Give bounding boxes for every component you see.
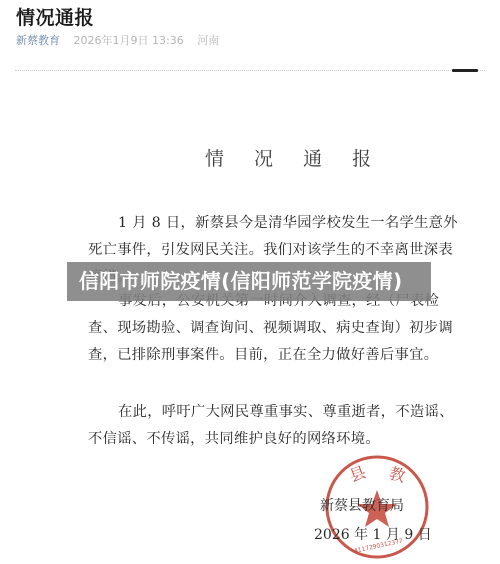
paragraph-text: 事发后，公安机关第一时间介入调查，经（尸表检查、现场勘验、调查询问、视频调取、病… [88, 293, 453, 363]
paragraph-text: 在此，呼吁广大网民尊重事实、尊重逝者，不造谣、不信谣、不传谣，共同维护良好的网络… [88, 404, 454, 447]
divider [15, 70, 485, 71]
article-meta: 新蔡教育 2026年1月9日 13:36 河南 [16, 32, 219, 48]
overlay-title-banner: 信阳市师院疫情(信阳师范学院疫情) [67, 262, 431, 301]
publish-region: 河南 [197, 34, 219, 47]
svg-text:教: 教 [387, 464, 407, 486]
document-paragraph: 在此，呼吁广大网民尊重事实、尊重逝者，不造谣、不信谣、不传谣，共同维护良好的网络… [88, 399, 458, 453]
source-account-link[interactable]: 新蔡教育 [16, 34, 60, 47]
document-title: 情 况 通 报 [205, 144, 383, 171]
svg-text:县: 县 [347, 462, 369, 485]
divider-mark [452, 69, 478, 72]
document-signer: 新蔡县教育局 [320, 495, 404, 515]
publish-time: 2026年1月9日 13:36 [74, 34, 184, 47]
article-title: 情况通报 [16, 3, 94, 30]
document-date: 2026 年 1 月 9 日 [314, 524, 432, 544]
